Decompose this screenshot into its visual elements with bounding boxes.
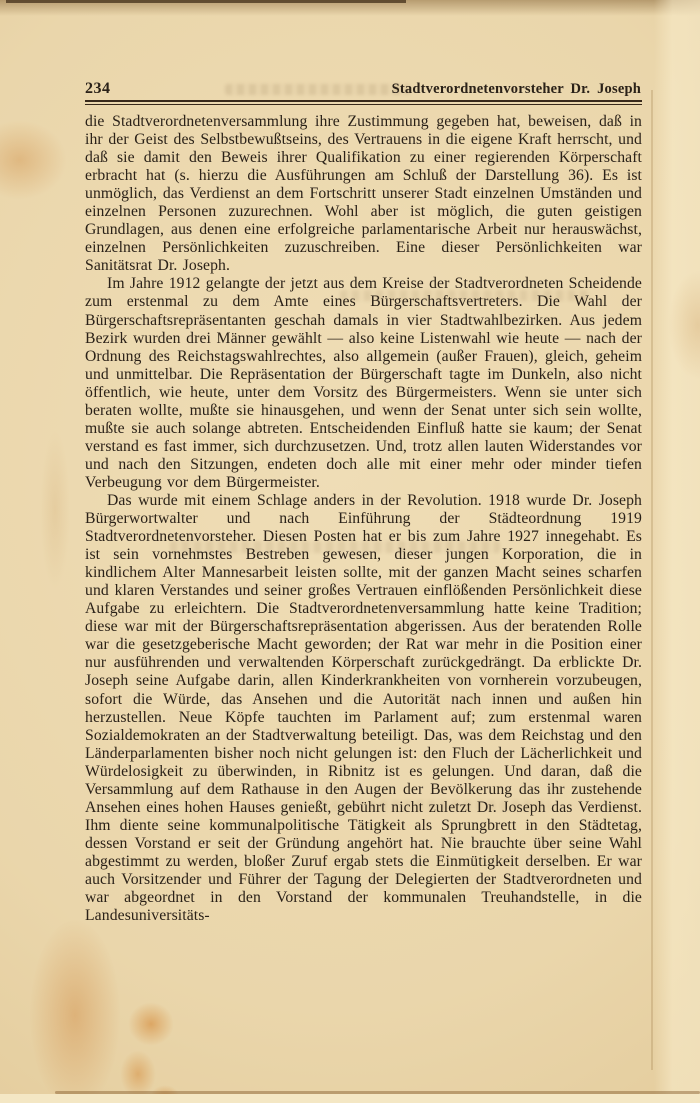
paragraph: Das wurde mit einem Schlage anders in de… — [85, 492, 642, 925]
paper-stain — [40, 430, 70, 590]
page-top-edge-line — [6, 0, 406, 3]
paper-stain — [668, 270, 700, 380]
running-title: Stadtverordnetenvorsteher Dr. Joseph — [392, 81, 641, 98]
page-right-edge-line — [651, 90, 653, 1070]
paragraph: die Stadtverordnetenversammlung ihre Zus… — [85, 113, 642, 275]
header-double-rule — [85, 100, 642, 105]
page-number: 234 — [85, 80, 111, 98]
paper-stain — [128, 1002, 174, 1046]
body-text: die Stadtverordnetenversammlung ihre Zus… — [85, 113, 642, 925]
paragraph: Im Jahre 1912 gelangte der jetzt aus dem… — [85, 275, 642, 492]
paper-stain — [30, 920, 120, 1103]
page-right-edge — [654, 0, 700, 1103]
page-bottom-edge — [0, 1094, 700, 1103]
scanned-book-page: 234 Stadtverordnetenvorsteher Dr. Joseph… — [0, 0, 700, 1103]
paper-stain — [0, 120, 67, 200]
page-header: 234 Stadtverordnetenvorsteher Dr. Joseph — [85, 80, 641, 98]
